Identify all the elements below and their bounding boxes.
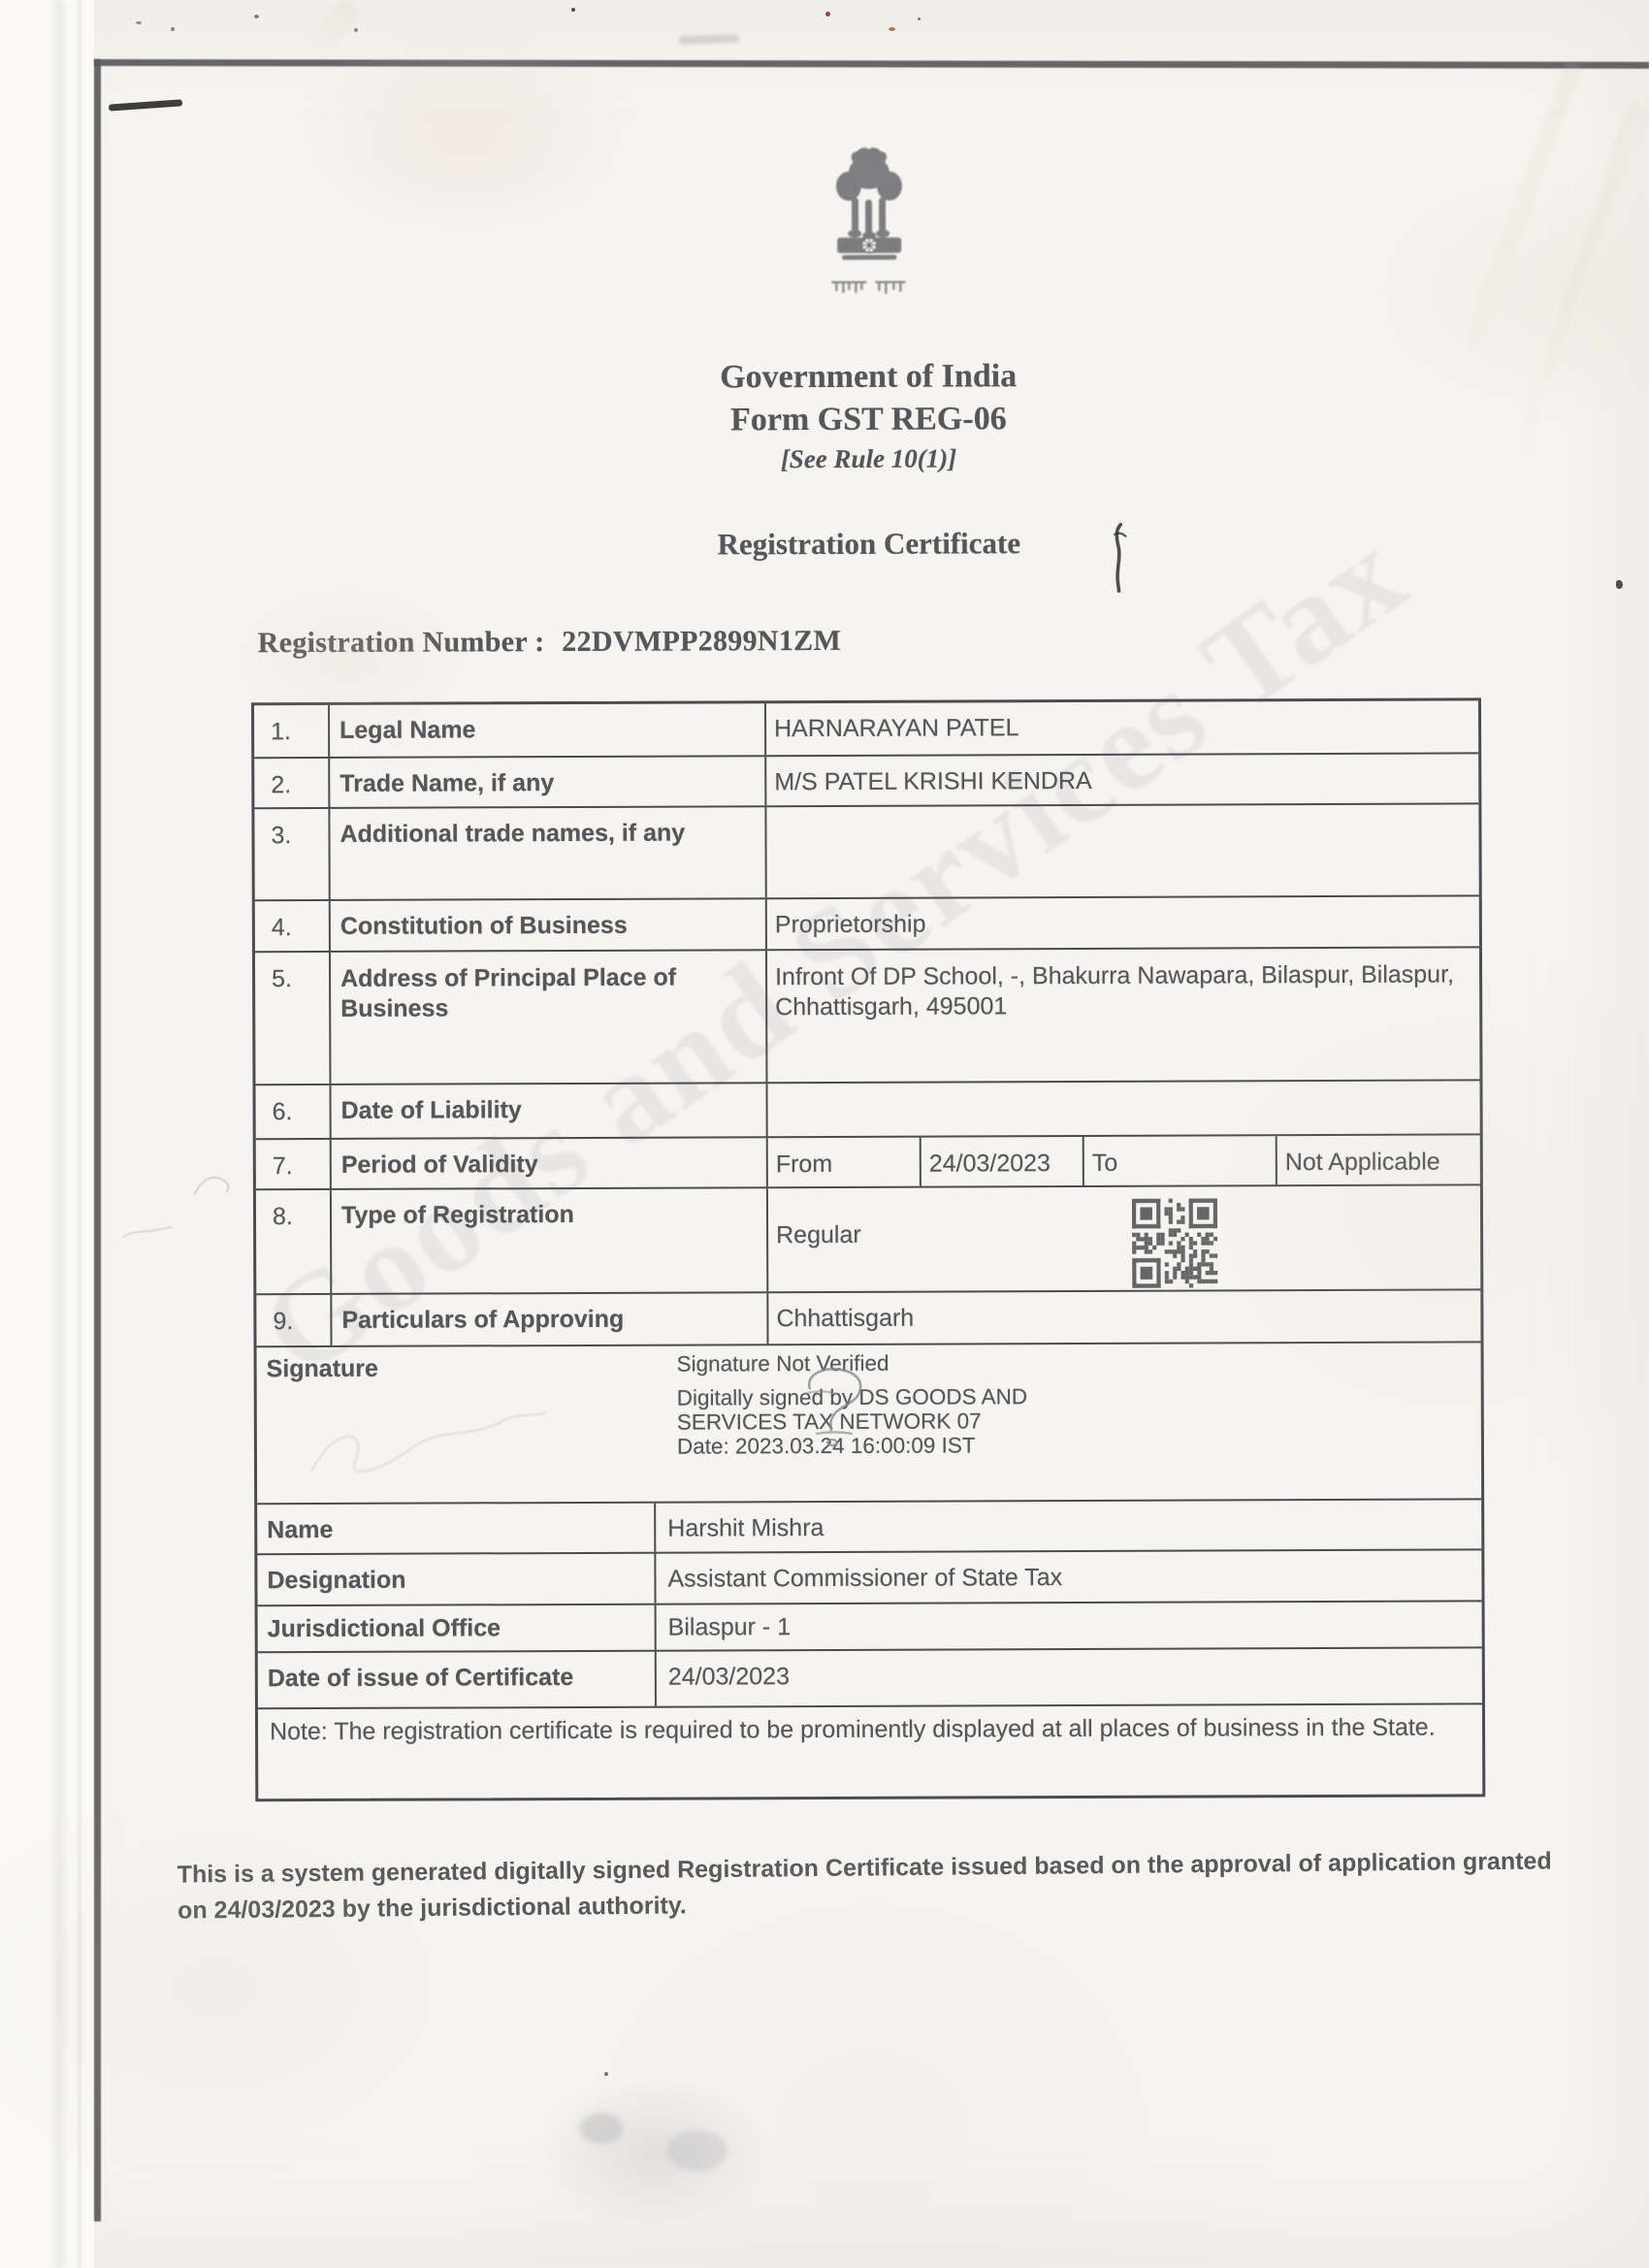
row-number: 1. <box>254 705 330 757</box>
footer-statement: This is a system generated digitally sig… <box>178 1843 1587 1928</box>
validity-from-date: 24/03/2023 <box>921 1137 1084 1186</box>
table-row-period-of-validity: 7. Period of Validity From 24/03/2023 To… <box>256 1133 1480 1188</box>
ink-speck <box>1616 580 1623 589</box>
ink-speck <box>604 2072 608 2076</box>
scanned-gst-certificate-page: Goods and Services Tax <box>0 0 1649 2268</box>
row-value <box>766 804 1478 897</box>
row-value: Bilaspur - 1 <box>657 1602 1482 1649</box>
table-row-particulars-of-approving: 9. Particulars of Approving Chhattisgarh <box>256 1288 1480 1345</box>
ink-speck <box>918 17 921 20</box>
ashoka-lion-capital-emblem-icon <box>819 144 921 309</box>
row-value: Proprietorship <box>767 896 1479 949</box>
ink-speck <box>889 27 895 31</box>
row-value: M/S PATEL KRISHI KENDRA <box>766 754 1478 805</box>
certificate-table: 1. Legal Name HARNARAYAN PATEL 2. Trade … <box>251 697 1485 1801</box>
ink-speck <box>136 21 142 24</box>
row-label: Legal Name <box>330 703 766 757</box>
row-number: 2. <box>254 759 330 807</box>
row-label: Jurisdictional Office <box>258 1605 657 1652</box>
validity-to-value: Not Applicable <box>1277 1135 1480 1184</box>
note-text: Note: The registration certificate is re… <box>258 1704 1482 1798</box>
row-number: 9. <box>256 1295 332 1345</box>
officer-row-name: Name Harshit Mishra <box>257 1498 1481 1553</box>
document-content: Goods and Services Tax <box>0 0 1649 2268</box>
qr-code-icon <box>1132 1198 1217 1287</box>
form-title: Form GST REG-06 <box>91 399 1646 441</box>
row-number: 3. <box>254 809 330 899</box>
table-row-additional-trade-names: 3. Additional trade names, if any <box>254 802 1478 899</box>
table-row-trade-name: 2. Trade Name, if any M/S PATEL KRISHI K… <box>254 752 1478 807</box>
row-value: 24/03/2023 <box>657 1648 1482 1705</box>
ink-speck <box>354 28 358 32</box>
row-value: Regular <box>768 1185 1480 1291</box>
ink-speck <box>171 27 175 31</box>
ink-speck <box>571 8 575 12</box>
row-label: Particulars of Approving <box>332 1293 768 1345</box>
pencil-mark-artifact <box>192 1166 235 1199</box>
row-value: Chhattisgarh <box>768 1290 1480 1344</box>
registration-number-value: 22DVMPP2899N1ZM <box>562 625 841 658</box>
validity-to-label: To <box>1084 1136 1277 1185</box>
row-number: 6. <box>255 1085 331 1138</box>
table-row-constitution: 4. Constitution of Business Proprietorsh… <box>255 894 1479 951</box>
row-label: Name <box>257 1504 656 1554</box>
row-number: 7. <box>256 1140 332 1188</box>
row-value: Harshit Mishra <box>656 1500 1481 1551</box>
validity-from-label: From <box>768 1138 921 1187</box>
row-label: Address of Principal Place of Business <box>331 951 768 1084</box>
row-label: Period of Validity <box>332 1138 768 1188</box>
government-of-india-title: Government of India <box>91 356 1646 399</box>
officer-row-designation: Designation Assistant Commissioner of St… <box>257 1548 1481 1604</box>
smudge-artifact <box>580 2113 623 2144</box>
emblem-motto <box>831 282 905 294</box>
officer-row-date-of-issue: Date of issue of Certificate 24/03/2023 <box>258 1646 1482 1707</box>
row-label: Designation <box>257 1554 656 1605</box>
table-row-legal-name: 1. Legal Name HARNARAYAN PATEL <box>254 700 1478 757</box>
row-value <box>767 1081 1479 1136</box>
row-value: HARNARAYAN PATEL <box>766 700 1478 755</box>
row-label: Type of Registration <box>332 1188 768 1293</box>
note-row: Note: The registration certificate is re… <box>258 1702 1482 1798</box>
signature-row: Signature Signature Not Verified Digital… <box>257 1341 1482 1503</box>
row-label: Date of issue of Certificate <box>258 1652 657 1708</box>
row-label: Additional trade names, if any <box>330 807 766 899</box>
registration-type-value: Regular <box>776 1221 861 1248</box>
row-value: Assistant Commissioner of State Tax <box>656 1550 1481 1603</box>
table-row-type-of-registration: 8. Type of Registration Regular <box>256 1183 1480 1293</box>
smudge-artifact <box>667 2130 727 2171</box>
row-value: Infront Of DP School, -, Bhakurra Nawapa… <box>767 948 1480 1082</box>
rule-reference: [See Rule 10(1)] <box>91 441 1646 477</box>
pen-stroke-artifact <box>1109 523 1130 593</box>
ink-speck <box>825 12 830 16</box>
row-number: 8. <box>256 1190 332 1293</box>
table-row-date-of-liability: 6. Date of Liability <box>255 1079 1479 1138</box>
row-label: Trade Name, if any <box>330 757 766 807</box>
certificate-title: Registration Certificate <box>91 524 1646 565</box>
smudge-artifact <box>538 2076 771 2231</box>
officer-row-jurisdictional-office: Jurisdictional Office Bilaspur - 1 <box>258 1600 1482 1651</box>
signature-not-verified-question-seal-icon <box>798 1365 874 1448</box>
row-label: Date of Liability <box>331 1084 767 1138</box>
row-number: 4. <box>255 901 331 951</box>
row-number: 5. <box>255 953 332 1084</box>
registration-number-line: Registration Number : 22DVMPP2899N1ZM <box>258 625 841 660</box>
pencil-squiggle-artifact <box>301 1393 553 1501</box>
table-row-principal-address: 5. Address of Principal Place of Busines… <box>255 946 1480 1084</box>
row-label: Constitution of Business <box>331 899 767 951</box>
pencil-mark-artifact <box>122 1221 175 1243</box>
registration-number-label: Registration Number : <box>258 626 545 659</box>
ink-speck <box>254 15 259 18</box>
